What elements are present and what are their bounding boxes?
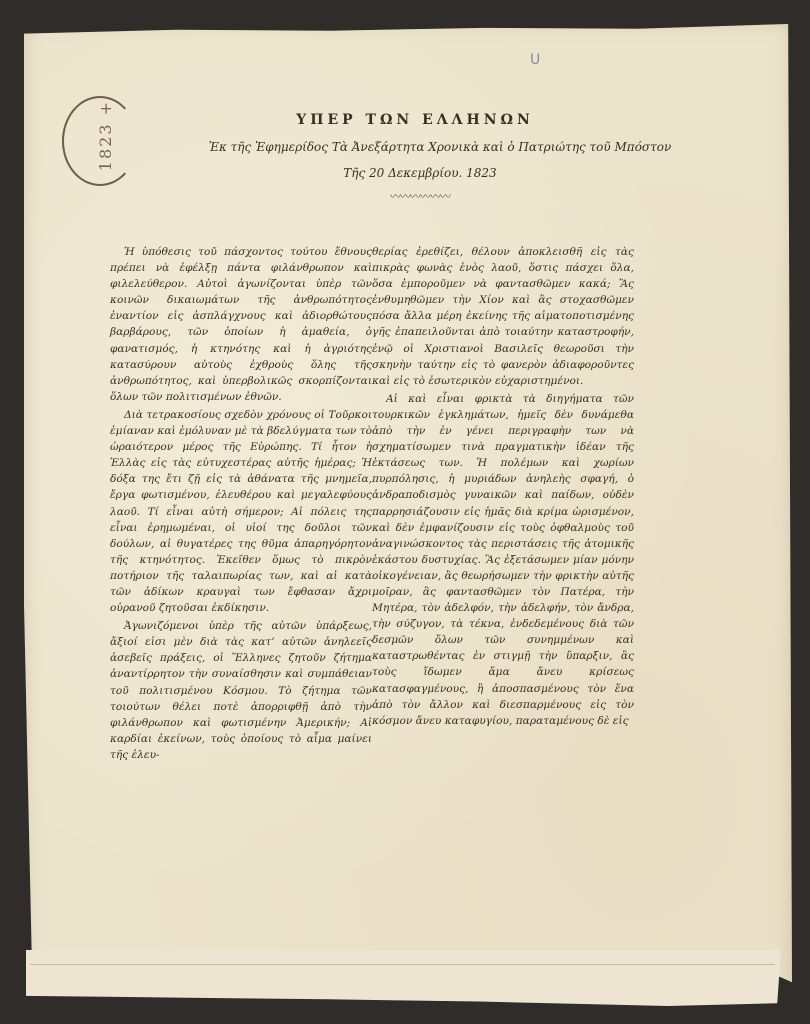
pencil-mark: U (530, 52, 540, 68)
paragraph: Διὰ τετρακοσίους σχεδὸν χρόνους οἱ Τοῦρκ… (110, 407, 372, 616)
paragraph: θερίας ἐρεθίζει, θέλουν ἀποκλεισθῆ εἰς τ… (372, 244, 634, 389)
paragraph: Ἡ ὑπόθεσις τοῦ πάσχοντος τούτου ἔθνους π… (110, 244, 372, 405)
source-line: Ἐκ τῆς Ἐφημερίδος Τὰ Ἀνεξάρτητα Χρονικὰ … (180, 140, 700, 154)
page-fold-line (30, 964, 775, 965)
ornament-divider: 〰〰〰〰〰〰 (140, 188, 700, 204)
paragraph: Ἀγωνιζόμενοι ὑπὲρ τῆς αὐτῶν ὑπάρξεως, ἄξ… (110, 618, 372, 763)
paragraph: Αἱ καὶ εἶναι φρικτὰ τὰ διηγήματα τῶν του… (372, 391, 634, 729)
document-header: ΥΠΕΡ ΤΩΝ ΕΛΛΗΝΩΝ Ἐκ τῆς Ἐφημερίδος Τὰ Ἀν… (100, 112, 700, 204)
document-title: ΥΠΕΡ ΤΩΝ ΕΛΛΗΝΩΝ (130, 112, 700, 128)
underlying-page-edge (26, 950, 781, 1006)
text-column-left: Ἡ ὑπόθεσις τοῦ πάσχοντος τούτου ἔθνους π… (110, 244, 372, 763)
date-line: Τῆς 20 Δεκεμβρίου. 1823 (140, 166, 700, 180)
text-column-right: θερίας ἐρεθίζει, θέλουν ἀποκλεισθῆ εἰς τ… (372, 244, 634, 729)
